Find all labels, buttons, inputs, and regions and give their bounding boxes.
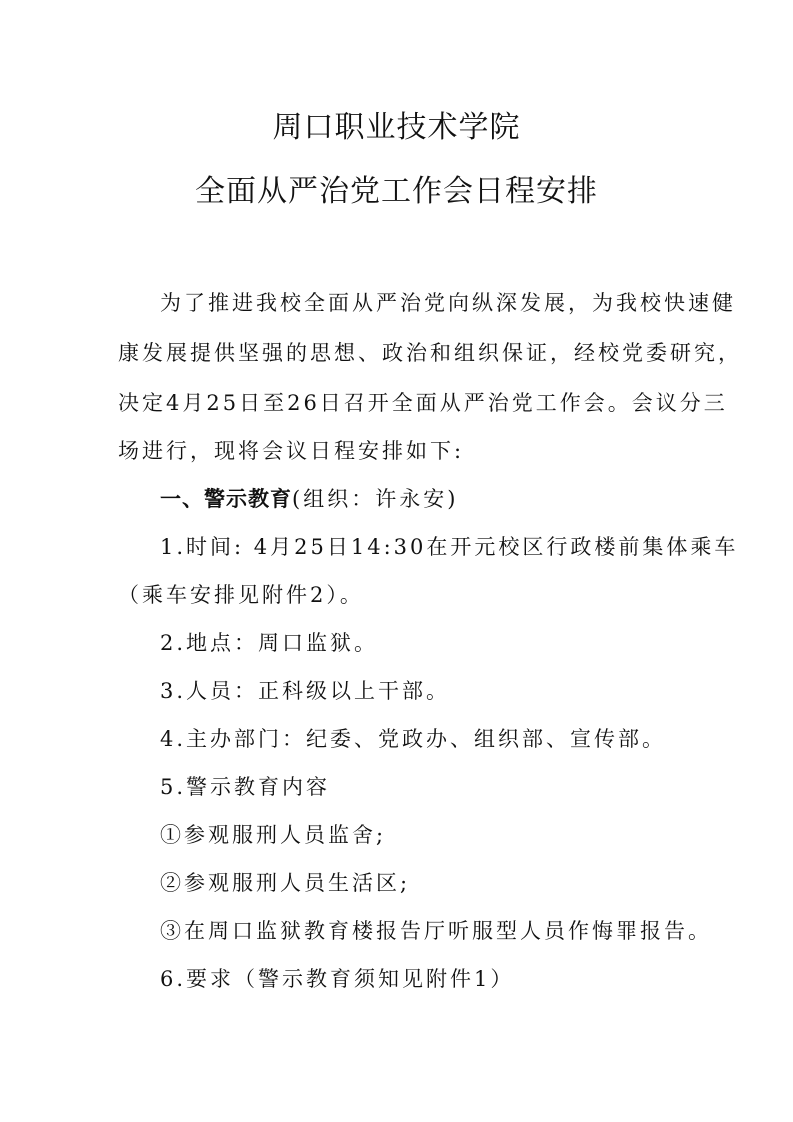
section1-item-4: 4.主办部门：纪委、党政办、组织部、宣传部。: [160, 724, 720, 754]
intro-line-1: 为了推进我校全面从严治党向纵深发展，为我校快速健: [160, 288, 720, 318]
intro-line-2: 康发展提供坚强的思想、政治和组织保证，经校党委研究，: [118, 338, 678, 368]
section1-item-6: 6.要求（警示教育须知见附件1）: [160, 964, 720, 994]
section1-subitem-2: ②参观服刑人员生活区;: [160, 868, 720, 898]
section1-item-2: 2.地点：周口监狱。: [160, 628, 720, 658]
section1-heading: 一、警示教育: [160, 487, 292, 511]
document-page: 周口职业技术学院 全面从严治党工作会日程安排 为了推进我校全面从严治党向纵深发展…: [0, 0, 793, 1122]
section1-subitem-1: ①参观服刑人员监舍;: [160, 820, 720, 850]
section1-organizer: (组织：许永安): [292, 487, 458, 511]
intro-line-3: 决定4月25日至26日召开全面从严治党工作会。会议分三: [118, 388, 678, 418]
section1-item-1-cont: （乘车安排见附件2）。: [118, 580, 678, 610]
section1-item-3: 3.人员：正科级以上干部。: [160, 676, 720, 706]
document-title-line2: 全面从严治党工作会日程安排: [0, 172, 793, 212]
section1-heading-row: 一、警示教育(组织：许永安): [160, 484, 720, 514]
section1-item-1: 1.时间: 4月25日14:30在开元校区行政楼前集体乘车: [160, 532, 720, 562]
section1-subitem-3: ③在周口监狱教育楼报告厅听服型人员作悔罪报告。: [160, 916, 720, 946]
intro-line-4: 场进行，现将会议日程安排如下:: [118, 436, 678, 466]
section1-item-5: 5.警示教育内容: [160, 772, 720, 802]
document-title-line1: 周口职业技术学院: [0, 108, 793, 148]
